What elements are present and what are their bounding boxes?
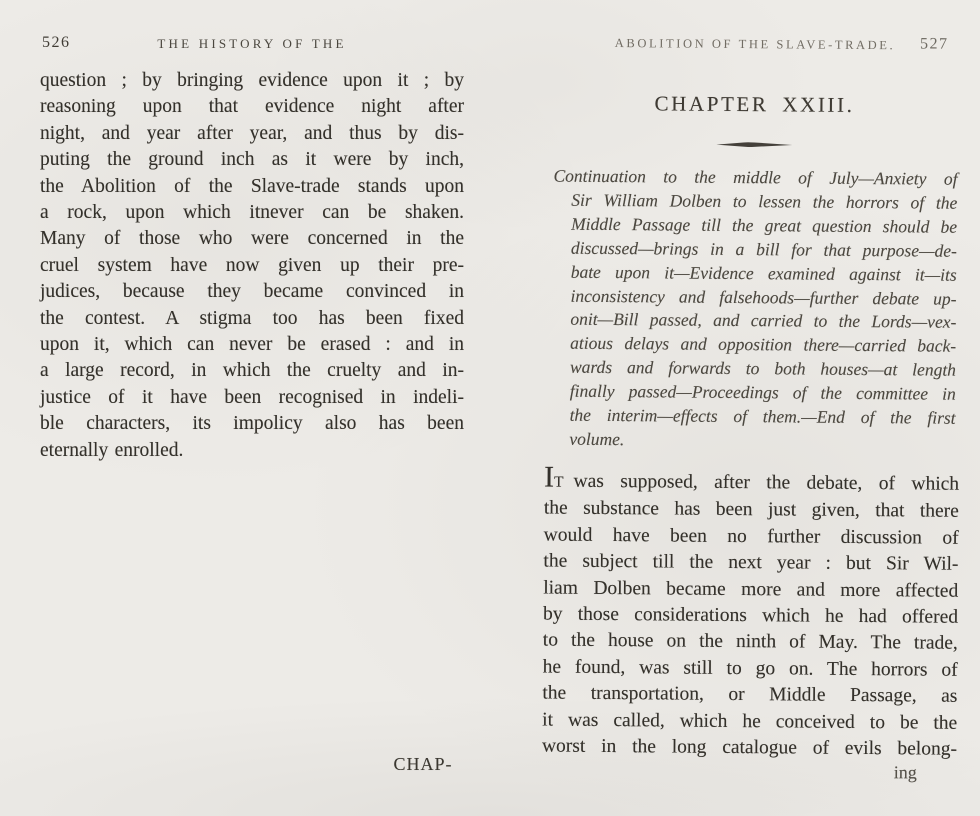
running-title-right: ABOLITION OF THE SLAVE-TRADE. (615, 36, 896, 53)
text-line: atious delays and opposition there—carri… (552, 332, 956, 359)
text-line: the interim—effects of them.—End of the … (552, 404, 956, 431)
page-526: 526 THE HISTORY OF THE question ; by bri… (0, 0, 490, 816)
text-line: Continuation to the middle of July—Anxie… (553, 165, 957, 192)
text-line: question ; by bringing evidence upon it … (40, 68, 464, 94)
swelled-rule-icon (716, 142, 792, 148)
text-line: a large record, in which the cruelty and… (40, 358, 464, 384)
text-line: the Abolition of the Slave-trade stands … (40, 174, 464, 200)
text-line: to the house on the ninth of May. The tr… (543, 628, 958, 658)
text-line: it was called, which he conceived to be … (542, 707, 957, 737)
text-line: worst in the long catalogue of evils bel… (542, 734, 957, 764)
text-line: Many of those who were concerned in the (40, 226, 464, 252)
text-line: justice of it have been recognised in in… (40, 385, 464, 411)
running-head-right: ABOLITION OF THE SLAVE-TRADE. 527 (547, 33, 962, 58)
text-line: eternally enrolled. (40, 438, 464, 464)
chapter-summary-text: Continuation to the middle of July—Anxie… (551, 165, 957, 455)
text-line: judices, because they became convinced i… (40, 279, 464, 305)
text-line: the contest. A stigma too has been fixed (40, 306, 464, 332)
text-line: upon it, which can never be erased : and… (40, 332, 464, 358)
text-line: finally passed—Proceedings of the commit… (552, 380, 956, 407)
chapter-ornament-wrap (547, 141, 962, 149)
text-line: liam Dolben became more and more affecte… (543, 575, 958, 605)
page-527-body-text: ITwas supposed, after the debate, of whi… (542, 465, 959, 764)
folio-number-left: 526 (42, 34, 71, 52)
text-line: he found, was still to go on. The horror… (543, 654, 958, 684)
running-head-left: 526 THE HISTORY OF THE (40, 34, 464, 56)
text-line: puting the ground inch as it were by inc… (40, 147, 464, 173)
text-line: would have been no further discussion of (544, 522, 959, 552)
text-line: volume. (551, 428, 955, 455)
text-line: onit—Bill passed, and carried to the Lor… (552, 308, 956, 335)
text-line: discussed—brings in a bill for that purp… (553, 236, 957, 263)
text-line: bate upon it—Evidence examined against i… (553, 260, 957, 287)
text-line: ble characters, its impolicy also has be… (40, 411, 464, 437)
text-line: a rock, upon which itnever can be shaken… (40, 200, 464, 226)
lead-small-cap: T (554, 474, 565, 491)
page-527: ABOLITION OF THE SLAVE-TRADE. 527 CHAPTE… (486, 0, 980, 816)
text-line: cruel system have now given up their pre… (40, 253, 464, 279)
book-scan-spread: 526 THE HISTORY OF THE question ; by bri… (0, 0, 980, 816)
text-line: the transportation, or Middle Passage, a… (542, 681, 957, 711)
text-line: by those considerations which he had off… (543, 602, 958, 632)
text-line: the subject till the next year : but Sir… (543, 549, 958, 579)
catchword-left: CHAP- (363, 754, 483, 775)
text-line-lead: ITwas supposed, after the debate, of whi… (544, 465, 959, 500)
page-526-body-text: question ; by bringing evidence upon it … (40, 68, 464, 464)
text-line: Middle Passage till the great question s… (553, 212, 957, 239)
folio-number-right: 527 (920, 35, 949, 53)
text-line: reasoning upon that evidence night after (40, 94, 464, 120)
text-line: inconsistency and falsehoods—further deb… (552, 284, 956, 311)
text-line: Sir William Dolben to lessen the horrors… (553, 188, 957, 215)
text-line: night, and year after year, and thus by … (40, 121, 464, 147)
lead-line-rest: was supposed, after the debate, of which (573, 471, 959, 495)
text-line: the substance has been just given, that … (544, 496, 959, 526)
running-title-left: THE HISTORY OF THE (157, 36, 346, 52)
chapter-heading: CHAPTER XXIII. (547, 91, 962, 119)
page-527-body-continuation: the substance has been just given, that … (542, 496, 959, 763)
lead-capital: I (544, 461, 554, 494)
text-line: wards and forwards to both houses—at len… (552, 356, 956, 383)
catchword-right: ing (817, 762, 917, 784)
